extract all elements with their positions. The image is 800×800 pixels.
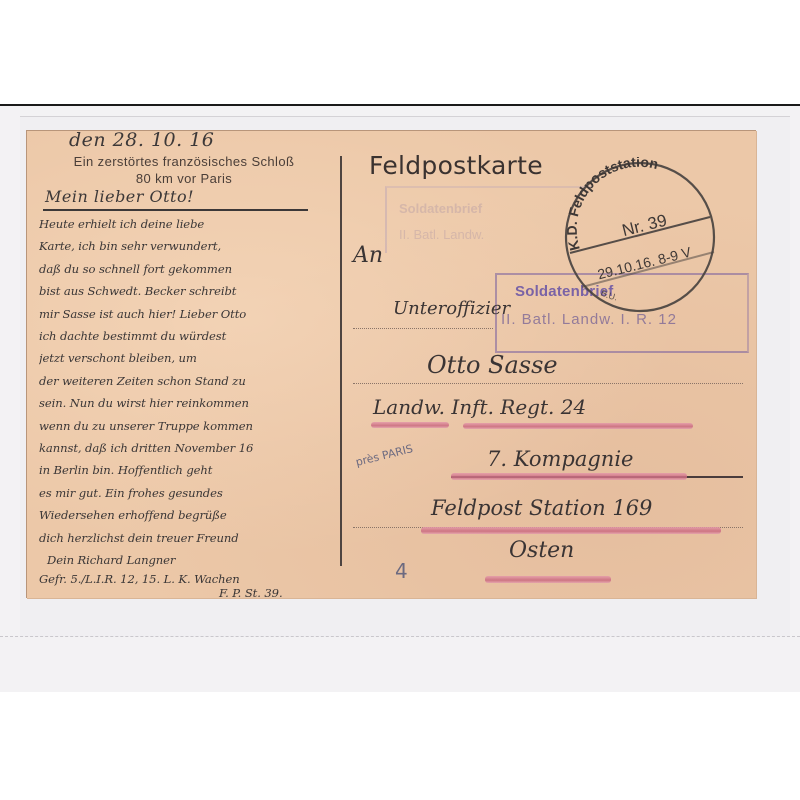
message-line: mir Sasse ist auch hier! Lieber Otto bbox=[39, 303, 339, 325]
message-line: in Berlin bin. Hoffentlich geht bbox=[39, 459, 339, 481]
message-line: Heute erhielt ich deine liebe bbox=[39, 213, 339, 235]
front-caption-line1: Ein zerstörtes französisches Schloß bbox=[27, 154, 341, 169]
address-regiment: Landw. Inft. Regt. 24 bbox=[373, 395, 586, 419]
message-line: wenn du zu unserer Truppe kommen bbox=[39, 415, 339, 437]
faded-stamp-line1: Soldatenbrief bbox=[399, 201, 482, 216]
message-line: jetzt verschont bleiben, um bbox=[39, 347, 339, 369]
card-type-title: Feldpostkarte bbox=[369, 151, 543, 180]
postmark-number: Nr. 39 bbox=[620, 211, 669, 240]
message-greeting: Mein lieber Otto! bbox=[45, 187, 194, 206]
crayon-underline bbox=[451, 473, 687, 480]
crayon-underline bbox=[463, 423, 693, 429]
message-line: Wiedersehen erhoffend begrüße bbox=[39, 504, 339, 526]
address-name: Otto Sasse bbox=[427, 351, 558, 379]
postmark-date: 29.10.16. 8-9 V bbox=[596, 244, 693, 283]
message-line: ich dachte bestimmt du würdest bbox=[39, 325, 339, 347]
message-line: bist aus Schwedt. Becker schreibt bbox=[39, 280, 339, 302]
message-line: dich herzlichst dein treuer Freund bbox=[39, 527, 339, 549]
sender-unit-line2: F. P. St. 39. bbox=[39, 587, 339, 599]
front-caption-line2: 80 km vor Paris bbox=[27, 171, 341, 186]
address-rank: Unteroffizier bbox=[393, 298, 510, 319]
greeting-underline bbox=[43, 209, 308, 211]
message-line: Karte, ich bin sehr verwundert, bbox=[39, 235, 339, 257]
postcard: den 28. 10. 16 Ein zerstörtes französisc… bbox=[26, 130, 756, 598]
address-line-2 bbox=[353, 383, 743, 384]
crayon-underline bbox=[421, 527, 721, 534]
message-line: daß du so schnell fort gekommen bbox=[39, 258, 339, 280]
message-body: Heute erhielt ich deine liebe Karte, ich… bbox=[39, 213, 339, 599]
pencil-note-location: près PARIS bbox=[354, 442, 414, 469]
address-station: Feldpost Station 169 bbox=[431, 496, 652, 520]
postmark-station-name: K.D. Feldpoststation bbox=[564, 157, 660, 252]
message-line: es mir gut. Ein frohes gesundes bbox=[39, 482, 339, 504]
sender-unit-line1: Gefr. 5./L.I.R. 12, 15. L. K. Wachen bbox=[39, 572, 339, 587]
message-line: sein. Nun du wirst hier reinkommen bbox=[39, 392, 339, 414]
backing-fold-line bbox=[0, 636, 800, 639]
faded-stamp-line2: II. Batl. Landw. bbox=[399, 227, 484, 242]
crayon-underline bbox=[371, 422, 449, 428]
center-divider-line bbox=[340, 156, 342, 566]
address-company: 7. Kompagnie bbox=[487, 447, 633, 471]
message-line: kannst, daß ich dritten November 16 bbox=[39, 437, 339, 459]
crayon-underline bbox=[485, 576, 611, 583]
message-date: den 28. 10. 16 bbox=[69, 129, 214, 151]
svg-text:K.D. Feldpoststation: K.D. Feldpoststation bbox=[564, 157, 660, 252]
message-line: der weiteren Zeiten schon Stand zu bbox=[39, 370, 339, 392]
pencil-note-number: 4 bbox=[395, 559, 408, 583]
postmark-cancel: K.D. Feldpoststation Nr. 39 29.10.16. 8-… bbox=[560, 157, 720, 317]
address-line-1 bbox=[353, 328, 493, 329]
address-region: Osten bbox=[509, 538, 574, 563]
address-salutation: An bbox=[353, 243, 383, 268]
message-signature: Dein Richard Langner bbox=[39, 549, 339, 571]
